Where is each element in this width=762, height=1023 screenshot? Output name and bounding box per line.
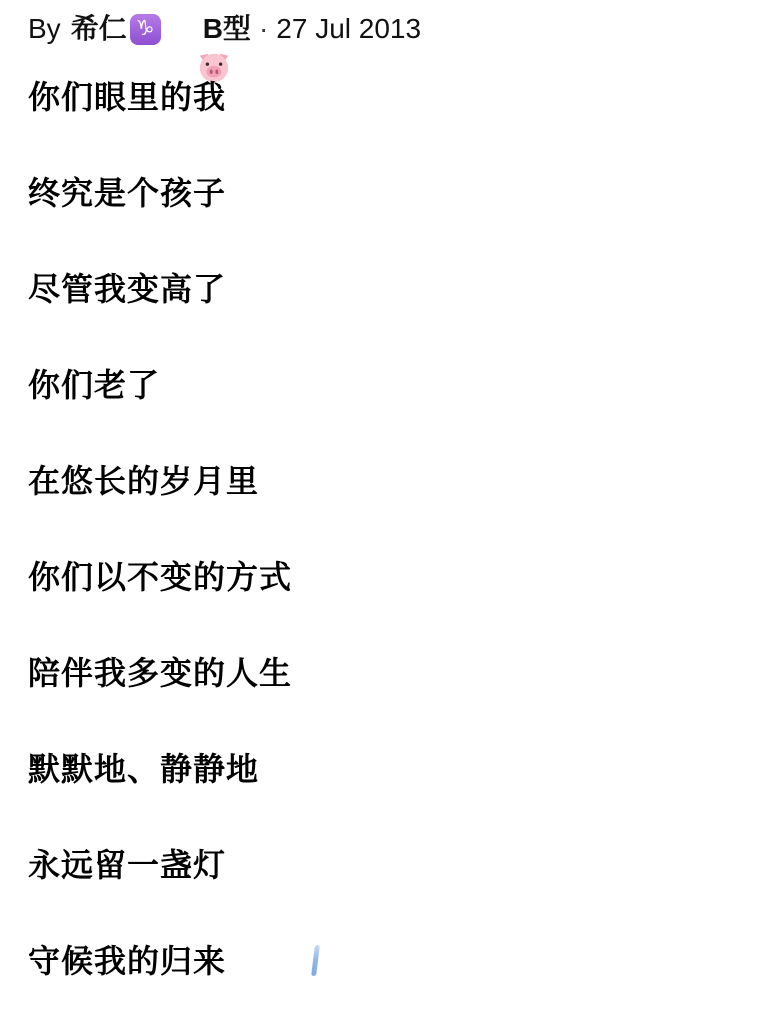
capricorn-glyph: ♑ <box>136 10 155 48</box>
poem-line: 你们以不变的方式 <box>28 558 292 596</box>
dot-separator: · <box>259 10 268 48</box>
author-name: 希仁 <box>71 10 127 48</box>
poem-line: 终究是个孩子 <box>28 174 292 212</box>
poem-line: 守候我的归来 <box>28 942 292 980</box>
by-label: By <box>28 10 61 48</box>
poem-line: 永远留一盏灯 <box>28 846 292 884</box>
blue-ink-caret-mark <box>311 945 320 976</box>
poem-line: 尽管我变高了 <box>28 270 292 308</box>
post-date: 27 Jul 2013 <box>276 10 421 48</box>
poem-line: 默默地、静静地 <box>28 750 292 788</box>
poem-line: 在悠长的岁月里 <box>28 462 292 500</box>
poem-body: 你们眼里的我终究是个孩子尽管我变高了你们老了在悠长的岁月里你们以不变的方式陪伴我… <box>28 78 292 980</box>
byline-header: By 希仁 ♑ B型 · 27 Jul 2013 <box>28 10 421 48</box>
blood-type-label: B型 <box>203 10 251 48</box>
capricorn-emoji-icon: ♑ <box>130 14 161 45</box>
poem-line: 陪伴我多变的人生 <box>28 654 292 692</box>
pig-face-emoji-icon <box>166 12 200 46</box>
poem-line: 你们眼里的我 <box>28 78 292 116</box>
poem-line: 你们老了 <box>28 366 292 404</box>
